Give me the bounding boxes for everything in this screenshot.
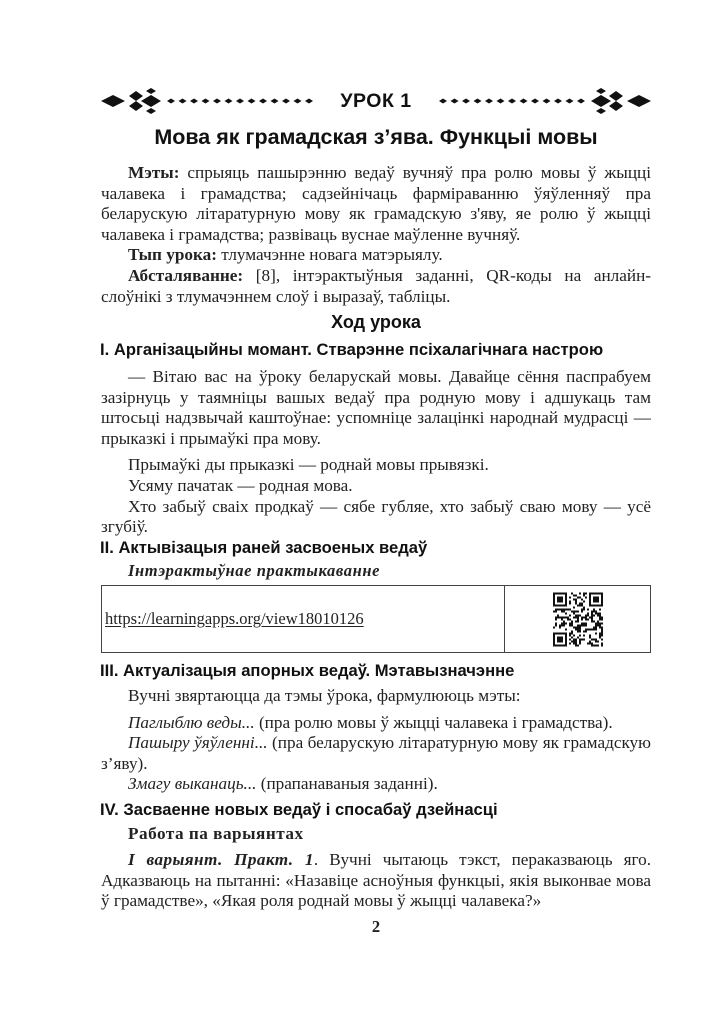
lesson-title: Мова як грамадская з’ява. Функцыі мовы [101,125,651,150]
qr-cell [505,586,650,652]
goal-item: Паглыблю веды... (пра ролю мовы ў жыцці … [101,713,651,734]
ornament-left-icon [101,86,321,116]
goal-lead: Паглыблю веды... [128,713,255,732]
goal-item: Змагу выканаць... (прапанаваныя заданні)… [101,774,651,795]
goal-rest: (пра ролю мовы ў жыцці чалавека і грамад… [255,713,613,732]
equipment-paragraph: Абсталяванне: [8], інтэрактыўныя заданні… [101,266,651,307]
lesson-type-paragraph: Тып урока: тлумачэнне новага матэрыялу. [101,245,651,266]
section-4-heading: IV. Засваенне новых ведаў і спосабаў дзе… [100,800,650,820]
section-1-heading: I. Арганізацыйны момант. Стварэнне псіха… [100,340,650,360]
lesson-intro: Мэты: спрыяць пашырэнню ведаў вучняў пра… [101,163,651,307]
proverb: Усяму пачатак — родная мова. [101,476,651,497]
link-cell: https://learningapps.org/view18010126 [102,586,505,652]
lesson-type-label: Тып урока: [128,245,217,264]
link-table: https://learningapps.org/view18010126 [101,585,651,653]
variant-label: I варыянт. Практ. 1 [128,850,314,869]
page-number: 2 [101,917,651,937]
learningapps-link[interactable]: https://learningapps.org/view18010126 [105,609,364,629]
section-2-subheading: Інтэрактыўнае практыкаванне [101,561,678,582]
section-3-heading: III. Актуалізацыя апорных ведаў. Мэтавыз… [100,661,650,681]
variant-paragraph: I варыянт. Практ. 1. Вучні чытаюць тэкст… [101,850,651,912]
goals-paragraph: Мэты: спрыяць пашырэнню ведаў вучняў пра… [101,163,651,245]
lesson-type-text: тлумачэнне новага матэрыялу. [221,245,442,264]
proverb: Хто забыў сваіх продкаў — сябе губляе, х… [101,497,651,538]
proverbs-list: Прымаўкі ды прыказкі — роднай мовы прывя… [101,455,651,537]
lesson-number: УРОК 1 [340,90,411,113]
goals-label: Мэты: [128,163,179,182]
goal-lead: Змагу выканаць... [128,774,256,793]
proverb: Прымаўкі ды прыказкі — роднай мовы прывя… [101,455,651,476]
section-3-body: Вучні звяртаюцца да тэмы ўрока, фармулюю… [101,686,651,795]
goals-text: спрыяць пашырэнню ведаў вучняў пра ролю … [101,163,651,244]
ornament-right-icon [431,86,651,116]
course-heading: Ход урока [101,312,651,333]
section-3-intro: Вучні звяртаюцца да тэмы ўрока, фармулюю… [101,686,651,707]
goal-item: Пашыру ўяўленні... (пра беларускую літар… [101,733,651,774]
section-1-body: — Вітаю вас на ўроку беларускай мовы. Да… [101,367,651,538]
goal-rest: (прапанаваныя заданні). [256,774,437,793]
section-2-heading: II. Актывізацыя раней засвоеных ведаў [100,538,650,558]
greeting-paragraph: — Вітаю вас на ўроку беларускай мовы. Да… [101,367,651,449]
goal-lead: Пашыру ўяўленні... [128,733,268,752]
section-4-body: I варыянт. Практ. 1. Вучні чытаюць тэкст… [101,850,651,912]
section-4-subheading: Работа па варыянтах [101,824,678,845]
qr-code-icon[interactable] [553,592,603,647]
equipment-label: Абсталяванне: [128,266,243,285]
lesson-header: УРОК 1 [101,86,651,116]
